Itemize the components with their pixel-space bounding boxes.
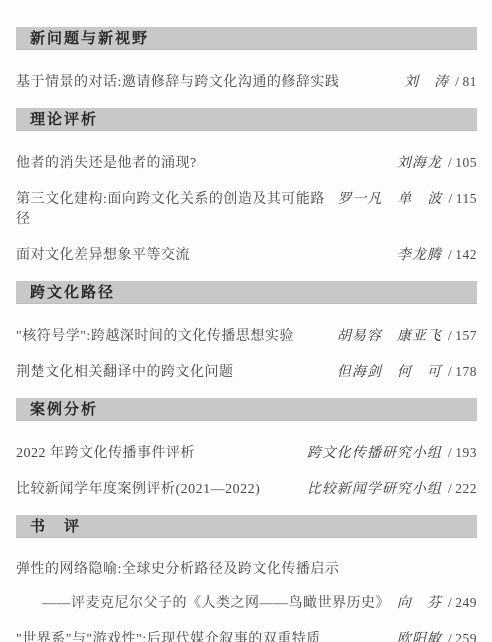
entry-divider: / [448,329,452,344]
entry-divider: / [448,482,452,497]
section-header: 理论评析 [16,108,477,131]
toc-entry: 他者的消失还是他者的涌现? 刘海龙/105 [16,153,477,174]
toc-entry-two-line: 弹性的网络隐喻:全球史分析路径及跨文化传播启示 ——评麦克尼尔父子的《人类之网—… [16,560,477,614]
entry-title: 第三文化建构:面向跨文化关系的创造及其可能路径 [16,190,325,230]
section-header-label: 案例分析 [30,401,98,418]
entry-title: "核符号学":跨越深时间的文化传播思想实验 [16,327,325,347]
entry-title: 比较新闻学年度案例评析(2021—2022) [16,480,295,500]
entry-divider: / [448,365,452,380]
entry-divider: / [448,156,452,171]
entry-page-number: 249 [455,595,477,610]
toc-section-crosscultural-paths: 跨文化路径 "核符号学":跨越深时间的文化传播思想实验 胡易容 康亚飞/157 … [16,281,477,383]
entry-authors: 刘海龙 [397,156,442,171]
entry-page-number: 115 [456,191,477,206]
entry-page-number: 142 [455,247,477,262]
entry-authors: 但海剑 何 可 [337,365,442,380]
entry-divider: / [448,446,452,461]
toc-page: 新问题与新视野 基于情景的对话:邀请修辞与跨文化沟通的修辞实践 刘 涛/81 理… [0,0,492,642]
toc-entry: 2022 年跨文化传播事件评析 跨文化传播研究小组/193 [16,443,477,464]
entry-author-page: 跨文化传播研究小组/193 [307,443,477,464]
entry-author-page: 刘 涛/81 [404,72,477,93]
entry-authors: 刘 涛 [404,75,449,90]
section-header: 新问题与新视野 [16,27,477,50]
toc-section-new-topics: 新问题与新视野 基于情景的对话:邀请修辞与跨文化沟通的修辞实践 刘 涛/81 [16,27,477,93]
entry-title-line1: 弹性的网络隐喻:全球史分析路径及跨文化传播启示 [16,560,477,580]
section-header: 案例分析 [16,398,477,421]
entry-divider: / [448,192,452,207]
entry-authors: 李龙腾 [397,248,442,263]
entry-title: 他者的消失还是他者的涌现? [16,154,385,174]
entry-authors: 比较新闻学研究小组 [307,482,442,497]
entry-title: 面对文化差异想象平等交流 [16,246,385,266]
entry-title-line2: ——评麦克尼尔父子的《人类之网——鸟瞰世界历史》 [16,594,390,614]
entry-authors: 罗一凡 单 波 [337,192,442,207]
entry-author-page: 比较新闻学研究小组/222 [307,479,477,500]
entry-author-page: 胡易容 康亚飞/157 [337,326,477,347]
toc-section-book-reviews: 书 评 弹性的网络隐喻:全球史分析路径及跨文化传播启示 ——评麦克尼尔父子的《人… [16,515,477,642]
entry-author-page: 李龙腾/142 [397,245,477,266]
entry-title: 荆楚文化相关翻译中的跨文化问题 [16,363,325,383]
entry-title: "世界系"与"游戏性":后现代媒介叙事的双重特质 [16,630,385,642]
toc-entry: 面对文化差异想象平等交流 李龙腾/142 [16,245,477,266]
entry-page-number: 178 [455,364,477,379]
entry-author-page: 向 芬/249 [397,593,477,614]
entry-divider: / [455,75,459,90]
entry-divider: / [448,248,452,263]
entry-title: 2022 年跨文化传播事件评析 [16,444,295,464]
toc-entry: 第三文化建构:面向跨文化关系的创造及其可能路径 罗一凡 单 波/115 [16,189,477,230]
section-header-label: 书 评 [30,518,81,535]
section-header-label: 新问题与新视野 [30,30,149,47]
entry-authors: 欧阳敏 [397,632,442,642]
entry-author-page: 罗一凡 单 波/115 [337,189,477,210]
toc-section-theory-review: 理论评析 他者的消失还是他者的涌现? 刘海龙/105 第三文化建构:面向跨文化关… [16,108,477,266]
entry-author-page: 刘海龙/105 [397,153,477,174]
entry-authors: 胡易容 康亚飞 [337,329,442,344]
entry-page-number: 105 [455,155,477,170]
entry-author-page: 但海剑 何 可/178 [337,362,477,383]
toc-entry: 基于情景的对话:邀请修辞与跨文化沟通的修辞实践 刘 涛/81 [16,72,477,93]
entry-page-number: 222 [455,481,477,496]
entry-page-number: 193 [455,445,477,460]
section-header-label: 理论评析 [30,111,98,128]
section-header-label: 跨文化路径 [30,284,115,301]
entry-page-number: 157 [455,328,477,343]
toc-entry: "世界系"与"游戏性":后现代媒介叙事的双重特质 欧阳敏/259 [16,629,477,642]
entry-authors: 跨文化传播研究小组 [307,446,442,461]
entry-page-number: 259 [455,631,477,642]
entry-author-page: 欧阳敏/259 [397,629,477,642]
entry-title: 基于情景的对话:邀请修辞与跨文化沟通的修辞实践 [16,73,392,93]
entry-divider: / [448,632,452,642]
entry-page-number: 81 [463,74,478,89]
entry-authors: 向 芬 [397,596,442,611]
entry-divider: / [448,596,452,611]
toc-section-case-analysis: 案例分析 2022 年跨文化传播事件评析 跨文化传播研究小组/193 比较新闻学… [16,398,477,500]
toc-entry: "核符号学":跨越深时间的文化传播思想实验 胡易容 康亚飞/157 [16,326,477,347]
section-header: 跨文化路径 [16,281,477,304]
toc-entry: 比较新闻学年度案例评析(2021—2022) 比较新闻学研究小组/222 [16,479,477,500]
toc-entry: 荆楚文化相关翻译中的跨文化问题 但海剑 何 可/178 [16,362,477,383]
section-header: 书 评 [16,515,477,538]
entry-title-line2-row: ——评麦克尼尔父子的《人类之网——鸟瞰世界历史》 向 芬/249 [16,593,477,614]
